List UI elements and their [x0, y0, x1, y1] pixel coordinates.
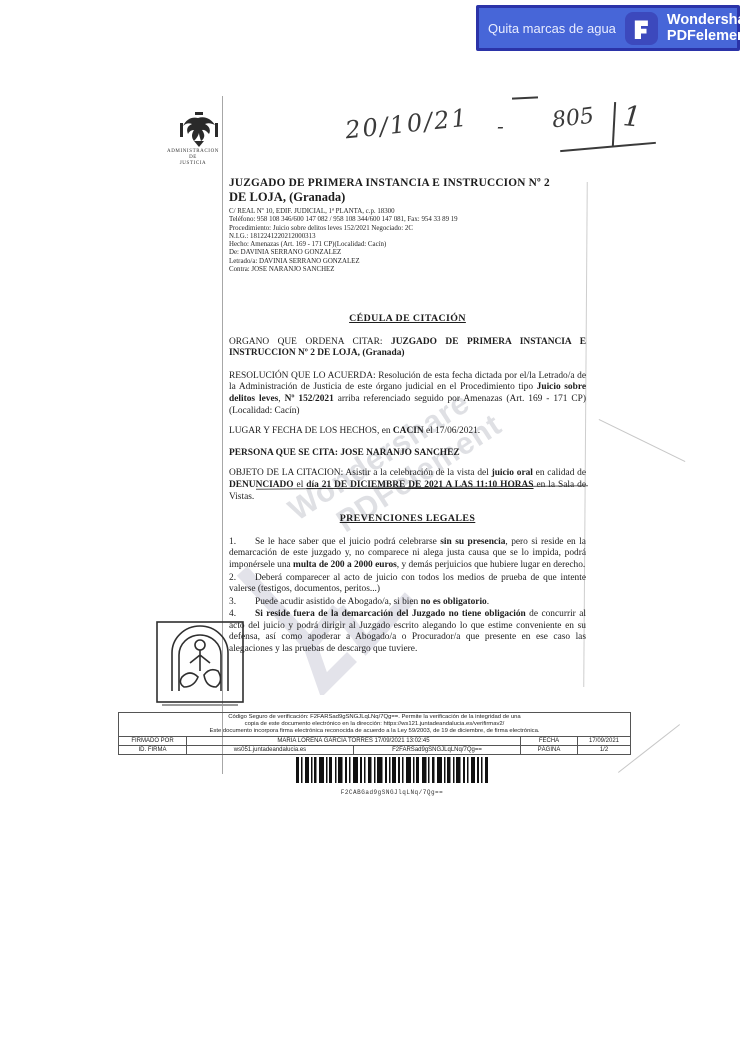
item-text: Deberá comparecer al acto de juicio con … — [229, 573, 586, 595]
pen-underline — [560, 142, 656, 152]
fecha-label: FECHA — [521, 737, 578, 746]
pagina-value: 1/2 — [578, 746, 631, 755]
prevencion-item: 2.Deberá comparecer al acto de juicio co… — [229, 573, 586, 596]
ministry-caption: ADMINISTRACION DE JUSTICIA — [160, 149, 226, 168]
handwritten-folio: 805 — [551, 104, 596, 134]
de-line: De: DAVINIA SERRANO GONZALEZ — [229, 249, 586, 257]
prevenciones-list: 1.Se le hace saber que el juicio podrá c… — [229, 537, 586, 656]
persona-paragraph: PERSONA QUE SE CITA: JOSE NARANJO SANCHE… — [229, 448, 586, 460]
court-address: C/ REAL Nº 10, EDIF. JUDICIAL, 1ª PLANTA… — [229, 208, 586, 216]
fecha-value: 17/09/2021 — [578, 737, 631, 746]
brand-name: Wondershare PDFelement — [667, 12, 744, 44]
nig-line: N.I.G.: 1812241220212000313 — [229, 233, 586, 241]
verification-line3: Este documento incorpora firma electróni… — [121, 728, 628, 735]
remove-watermark-label[interactable]: Quita marcas de agua — [488, 21, 616, 36]
firmado-label: FIRMADO POR — [119, 737, 187, 746]
resolucion-paragraph: RESOLUCIÓN QUE LO ACUERDA: Resolución de… — [229, 371, 586, 417]
id-firma-code: F2FARSad9gSNGJLqLNq/7Qg== — [354, 746, 521, 755]
court-name-line1: JUZGADO DE PRIMERA INSTANCIA E INSTRUCCI… — [229, 177, 586, 189]
junta-andalucia-logo — [154, 619, 246, 709]
escudo-espana-icon — [179, 111, 219, 148]
handwritten-page: 1 — [622, 99, 643, 133]
id-firma-label: ID. FIRMA — [119, 746, 187, 755]
barcode-block: F2CABGad9gSNGJlqLNq/7Qg== — [296, 757, 488, 796]
verification-line2: copia de este documento electrónico en l… — [121, 721, 628, 728]
lugar-paragraph: LUGAR Y FECHA DE LOS HECHOS, en CACIN el… — [229, 426, 586, 438]
pen-dash-top — [512, 96, 538, 99]
prevencion-item: 4.Si reside fuera de la demarcación del … — [229, 609, 586, 655]
barcode-text: F2CABGad9gSNGJlqLNq/7Qg== — [296, 789, 488, 796]
organo-paragraph: ORGANO QUE ORDENA CITAR: JUZGADO DE PRIM… — [229, 337, 586, 360]
verification-table: Código Seguro de verificación: F2FARSad9… — [118, 712, 631, 755]
verification-text-cell: Código Seguro de verificación: F2FARSad9… — [119, 713, 631, 737]
barcode — [296, 757, 488, 783]
procedure-line: Procedimiento: Juicio sobre delitos leve… — [229, 225, 586, 233]
prevencion-item: 1.Se le hace saber que el juicio podrá c… — [229, 537, 586, 572]
verification-line1: Código Seguro de verificación: F2FARSad9… — [121, 714, 628, 721]
pdfelement-logo-icon — [625, 12, 658, 45]
prevenciones-title: PREVENCIONES LEGALES — [229, 513, 586, 525]
firmado-value: MARIA LORENA GARCIA TORRES 17/09/2021 13… — [187, 737, 521, 746]
pen-vertical-line — [612, 102, 616, 146]
pdfelement-logo-glyph — [630, 17, 652, 39]
id-firma-host: ws051.juntadeandalucia.es — [187, 746, 354, 755]
handwritten-dash: - — [497, 114, 504, 138]
ministry-caption-line: JUSTICIA — [160, 161, 226, 167]
contra-line: Contra: JOSE NARANJO SANCHEZ — [229, 266, 586, 274]
remove-watermark-banner[interactable]: Quita marcas de agua Wondershare PDFelem… — [476, 5, 740, 51]
letrado-line: Letrado/a: DAVINIA SERRANO GONZALEZ — [229, 258, 586, 266]
cedula-title: CÉDULA DE CITACIÓN — [229, 313, 586, 325]
item-text: Puede acudir asistido de Abogado/a, si b… — [255, 597, 489, 607]
court-phones: Teléfono: 958 108 346/600 147 082 / 958 … — [229, 216, 586, 224]
scan-crease — [599, 419, 686, 462]
court-letterhead: JUZGADO DE PRIMERA INSTANCIA E INSTRUCCI… — [229, 177, 586, 274]
hecho-line: Hecho: Amenazas (Art. 169 - 171 CP)(Loca… — [229, 241, 586, 249]
item-number: 3. — [229, 597, 255, 609]
item-number: 1. — [229, 537, 255, 549]
document-body: CÉDULA DE CITACIÓN ORGANO QUE ORDENA CIT… — [229, 300, 586, 657]
brand-line1: Wondershare — [667, 12, 744, 28]
brand-line2: PDFelement — [667, 28, 744, 44]
item-text: Se le hace saber que el juicio podrá cel… — [229, 537, 586, 570]
handwritten-date: 20/10/21 — [344, 104, 470, 145]
court-name-line2: DE LOJA, (Granada) — [229, 190, 586, 205]
item-number: 2. — [229, 573, 255, 585]
prevencion-item: 3.Puede acudir asistido de Abogado/a, si… — [229, 597, 586, 609]
item-text: Si reside fuera de la demarcación del Ju… — [229, 609, 586, 654]
pagina-label: PÁGINA — [521, 746, 578, 755]
